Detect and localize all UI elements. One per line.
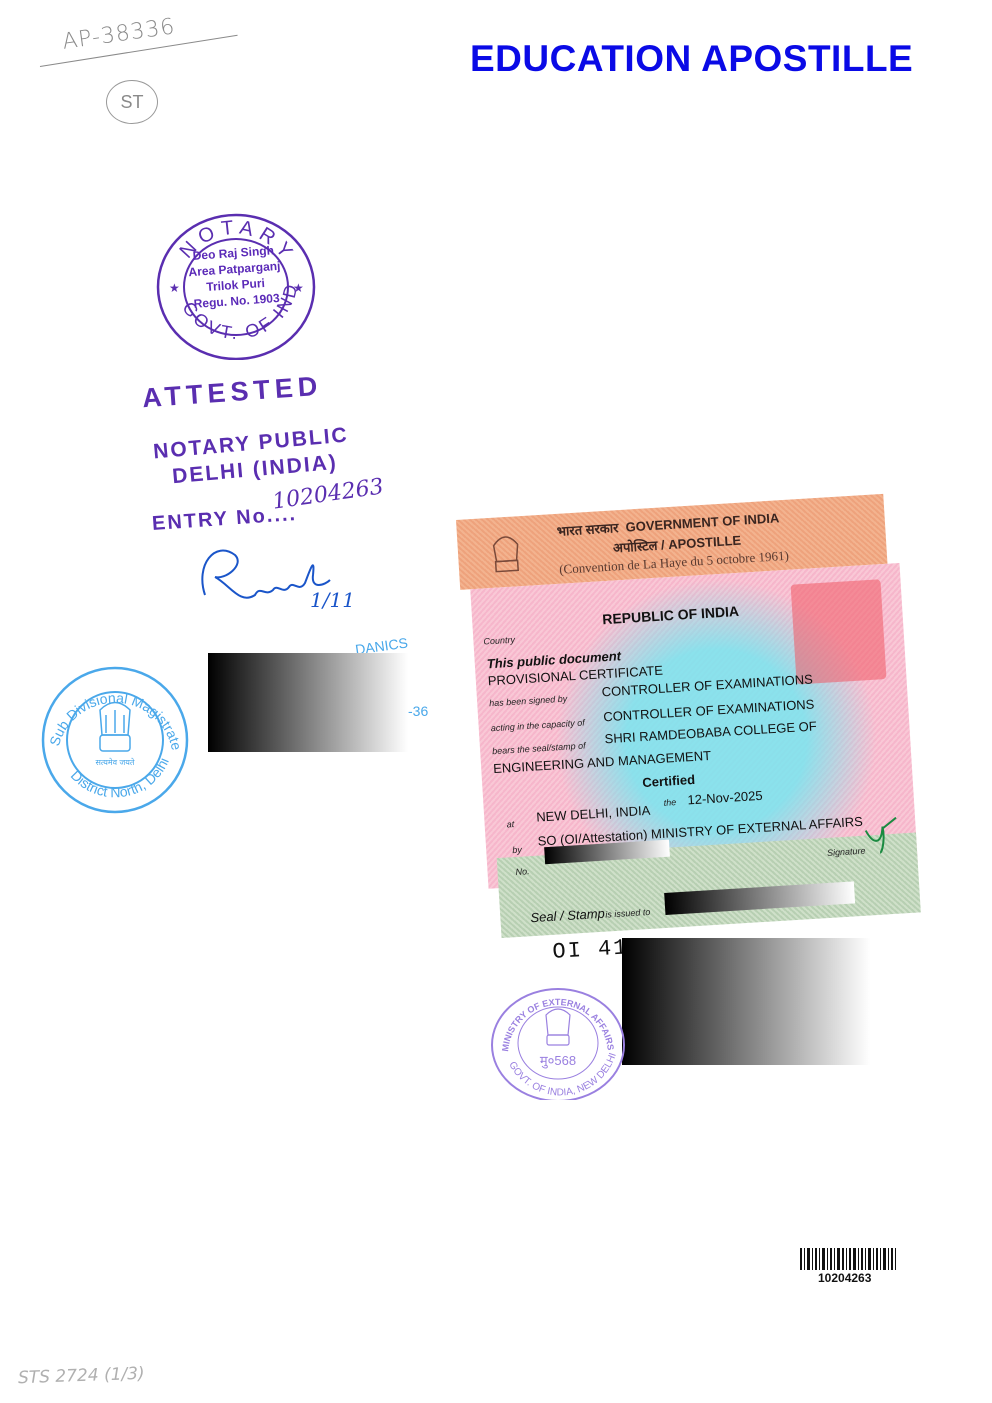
certified-label: Certified — [642, 772, 696, 790]
svg-text:★: ★ — [169, 281, 180, 295]
country-label: Country — [483, 635, 515, 647]
notary-details: Deo Raj Singh Area Patparganj Trilok Pur… — [183, 242, 287, 313]
emblem-icon — [100, 703, 130, 752]
emblem-icon — [546, 1009, 570, 1045]
document-title: EDUCATION APOSTILLE — [470, 38, 913, 80]
mea-seal: MINISTRY OF EXTERNAL AFFAIRS GOVT. OF IN… — [488, 985, 628, 1100]
svg-text:★: ★ — [293, 281, 304, 295]
attested-stamp: ATTESTED — [141, 371, 323, 415]
by-label: by — [512, 845, 522, 856]
sdm-seal: Sub Divisional Magistrate (HQ) District … — [40, 665, 190, 815]
footer-note: STS 2724 (1/3) — [18, 1364, 145, 1388]
national-emblem-icon — [487, 526, 526, 578]
barcode — [800, 1248, 896, 1270]
entry-number: 10204263 — [271, 474, 385, 514]
sdm-stamp-code: -36 — [408, 703, 428, 719]
at-label: at — [506, 819, 514, 829]
apostille-security-stamp — [791, 579, 887, 684]
notary-signature: 1/11 — [185, 535, 365, 615]
the-label: the — [663, 797, 676, 808]
apostille-certificate: भारत सरकार GOVERNMENT OF INDIA अपोस्टिल … — [456, 493, 921, 944]
officer-signature — [860, 813, 902, 855]
initials-circle: ST — [106, 80, 158, 124]
redaction-block — [208, 653, 408, 752]
signature-date: 1/11 — [310, 588, 355, 612]
redaction-block — [622, 938, 870, 1065]
reference-note: AP-38336 — [61, 14, 177, 55]
no-label: No. — [515, 866, 530, 877]
mea-code: मु०568 — [540, 1053, 576, 1069]
sdm-motto: सत्यमेव जयते — [96, 757, 135, 767]
barcode-number: 10204263 — [818, 1271, 871, 1285]
